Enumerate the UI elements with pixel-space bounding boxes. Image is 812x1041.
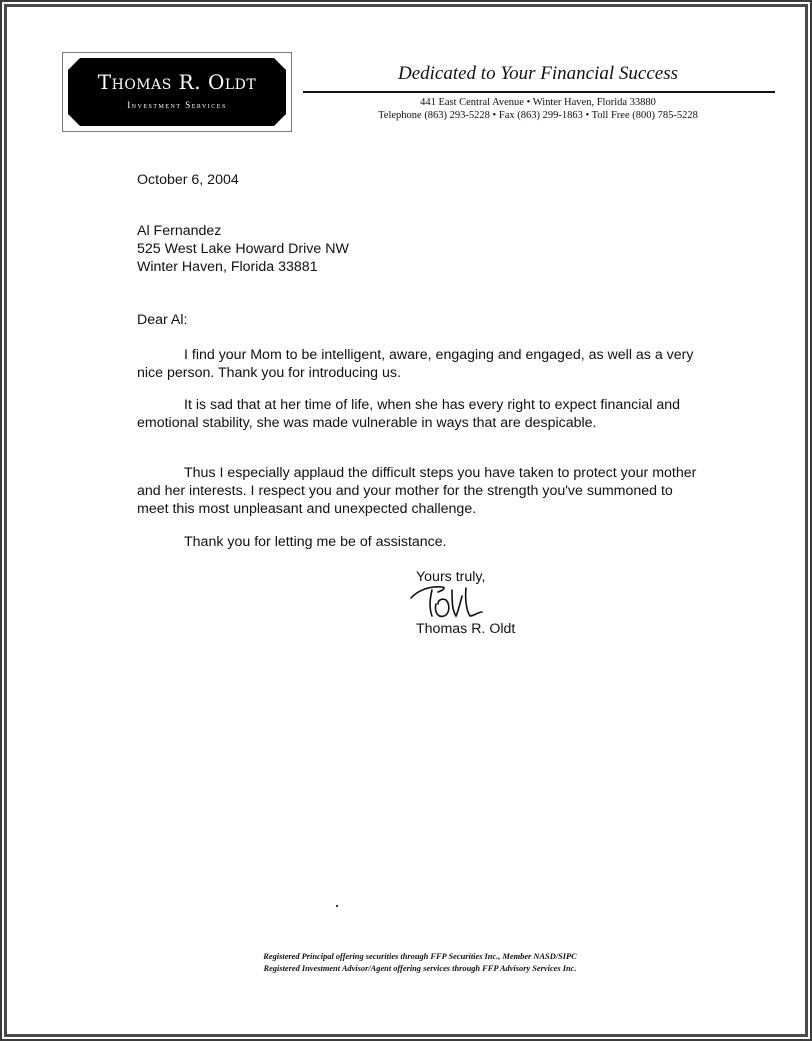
scan-speck [336, 905, 338, 907]
letterhead-contact: Telephone (863) 293-5228 • Fax (863) 299… [303, 110, 773, 121]
paragraph: It is sad that at her time of life, when… [137, 396, 707, 432]
regulatory-footer: Registered Principal offering securities… [200, 951, 640, 975]
signer-name: Thomas R. Oldt [416, 620, 515, 638]
footer-line: Registered Principal offering securities… [200, 951, 640, 963]
handwritten-signature [408, 582, 498, 622]
letter-page: Thomas R. Oldt Investment Services Dedic… [0, 0, 812, 1041]
company-subtitle: Investment Services [68, 100, 286, 110]
footer-line: Registered Investment Advisor/Agent offe… [200, 963, 640, 975]
paragraph: Thank you for letting me be of assistanc… [137, 533, 707, 551]
recipient-name: Al Fernandez [137, 222, 349, 240]
logo-plaque: Thomas R. Oldt Investment Services [68, 58, 286, 126]
letter-date: October 6, 2004 [137, 171, 239, 189]
recipient-address: Al Fernandez 525 West Lake Howard Drive … [137, 222, 349, 276]
letterhead-rule [303, 91, 775, 93]
paragraph: I find your Mom to be intelligent, aware… [137, 346, 707, 382]
salutation: Dear Al: [137, 311, 187, 329]
company-name: Thomas R. Oldt [68, 70, 286, 94]
letterhead-address: 441 East Central Avenue • Winter Haven, … [303, 97, 773, 108]
paragraph: Thus I especially applaud the difficult … [137, 464, 707, 518]
recipient-street: 525 West Lake Howard Drive NW [137, 240, 349, 258]
letterhead-tagline: Dedicated to Your Financial Success [303, 63, 773, 85]
recipient-city: Winter Haven, Florida 33881 [137, 258, 349, 276]
